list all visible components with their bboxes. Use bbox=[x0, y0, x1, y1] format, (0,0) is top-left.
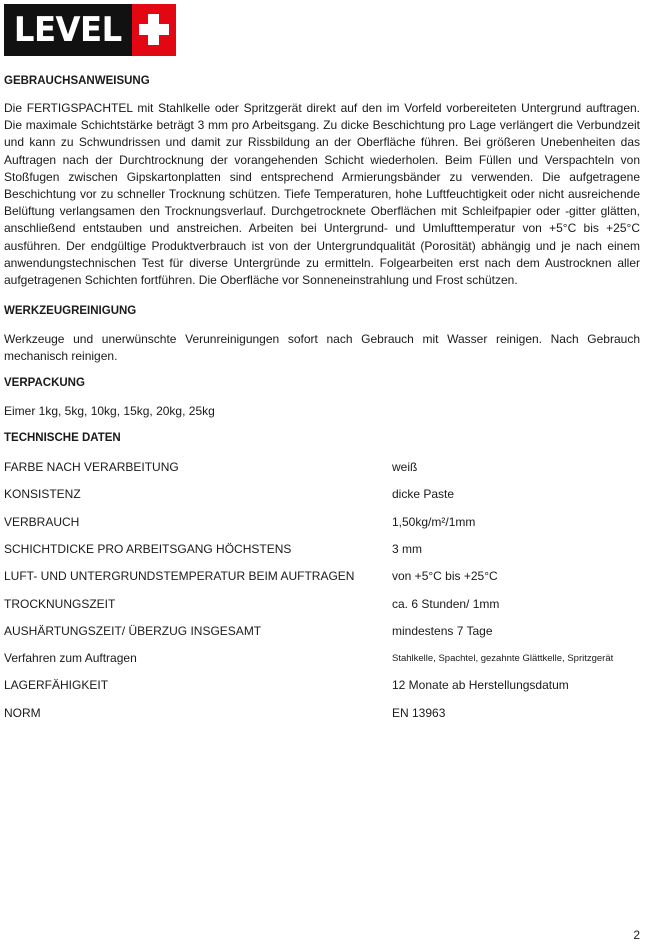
row-label: FARBE NACH VERARBEITUNG bbox=[4, 460, 179, 474]
row-label: VERBRAUCH bbox=[4, 515, 79, 529]
row-label: LAGERFÄHIGKEIT bbox=[4, 678, 108, 692]
technical-data-row: LUFT- UND UNTERGRUNDSTEMPERATUR BEIM AUF… bbox=[4, 569, 640, 586]
brand-logo: LEVEL bbox=[4, 4, 176, 56]
technical-heading: TECHNISCHE DATEN bbox=[4, 432, 121, 444]
cleaning-heading: WERKZEUGREINIGUNG bbox=[4, 305, 136, 317]
packaging-heading: VERPACKUNG bbox=[4, 377, 85, 389]
row-label: KONSISTENZ bbox=[4, 487, 81, 501]
row-label: SCHICHTDICKE PRO ARBEITSGANG HÖCHSTENS bbox=[4, 542, 291, 556]
technical-data-row: NORMEN 13963 bbox=[4, 706, 640, 723]
technical-data-row: SCHICHTDICKE PRO ARBEITSGANG HÖCHSTENS3 … bbox=[4, 542, 640, 559]
row-value: Stahlkelle, Spachtel, gezahnte Glättkell… bbox=[392, 653, 613, 664]
technical-data-row: AUSHÄRTUNGSZEIT/ ÜBERZUG INSGESAMTmindes… bbox=[4, 624, 640, 641]
row-label: NORM bbox=[4, 706, 41, 720]
row-value: dicke Paste bbox=[392, 487, 454, 501]
page-number: 2 bbox=[633, 928, 640, 942]
row-value: 1,50kg/m²/1mm bbox=[392, 515, 475, 529]
logo-wordmark: LEVEL bbox=[14, 10, 122, 50]
technical-data-row: LAGERFÄHIGKEIT12 Monate ab Herstellungsd… bbox=[4, 678, 640, 695]
row-value: weiß bbox=[392, 460, 417, 474]
row-value: mindestens 7 Tage bbox=[392, 624, 493, 638]
row-value: EN 13963 bbox=[392, 706, 445, 720]
row-value: ca. 6 Stunden/ 1mm bbox=[392, 597, 499, 611]
technical-data-row: FARBE NACH VERARBEITUNGweiß bbox=[4, 460, 640, 477]
technical-data-row: KONSISTENZdicke Paste bbox=[4, 487, 640, 504]
logo-wordmark-box: LEVEL bbox=[4, 4, 132, 56]
plus-icon bbox=[132, 4, 176, 56]
row-value: 3 mm bbox=[392, 542, 422, 556]
row-value: von +5°C bis +25°C bbox=[392, 569, 498, 583]
technical-data-row: Verfahren zum AuftragenStahlkelle, Spach… bbox=[4, 651, 640, 668]
technical-data-row: TROCKNUNGSZEITca. 6 Stunden/ 1mm bbox=[4, 597, 640, 614]
row-label: Verfahren zum Auftragen bbox=[4, 651, 137, 665]
row-value: 12 Monate ab Herstellungsdatum bbox=[392, 678, 569, 692]
technical-data-row: VERBRAUCH1,50kg/m²/1mm bbox=[4, 515, 640, 532]
cleaning-text: Werkzeuge und unerwünschte Verunreinigun… bbox=[4, 331, 640, 365]
usage-heading: GEBRAUCHSANWEISUNG bbox=[4, 75, 150, 87]
row-label: LUFT- UND UNTERGRUNDSTEMPERATUR BEIM AUF… bbox=[4, 569, 354, 583]
usage-text: Die FERTIGSPACHTEL mit Stahlkelle oder S… bbox=[4, 100, 640, 289]
packaging-text: Eimer 1kg, 5kg, 10kg, 15kg, 20kg, 25kg bbox=[4, 403, 640, 420]
row-label: TROCKNUNGSZEIT bbox=[4, 597, 115, 611]
row-label: AUSHÄRTUNGSZEIT/ ÜBERZUG INSGESAMT bbox=[4, 624, 261, 638]
